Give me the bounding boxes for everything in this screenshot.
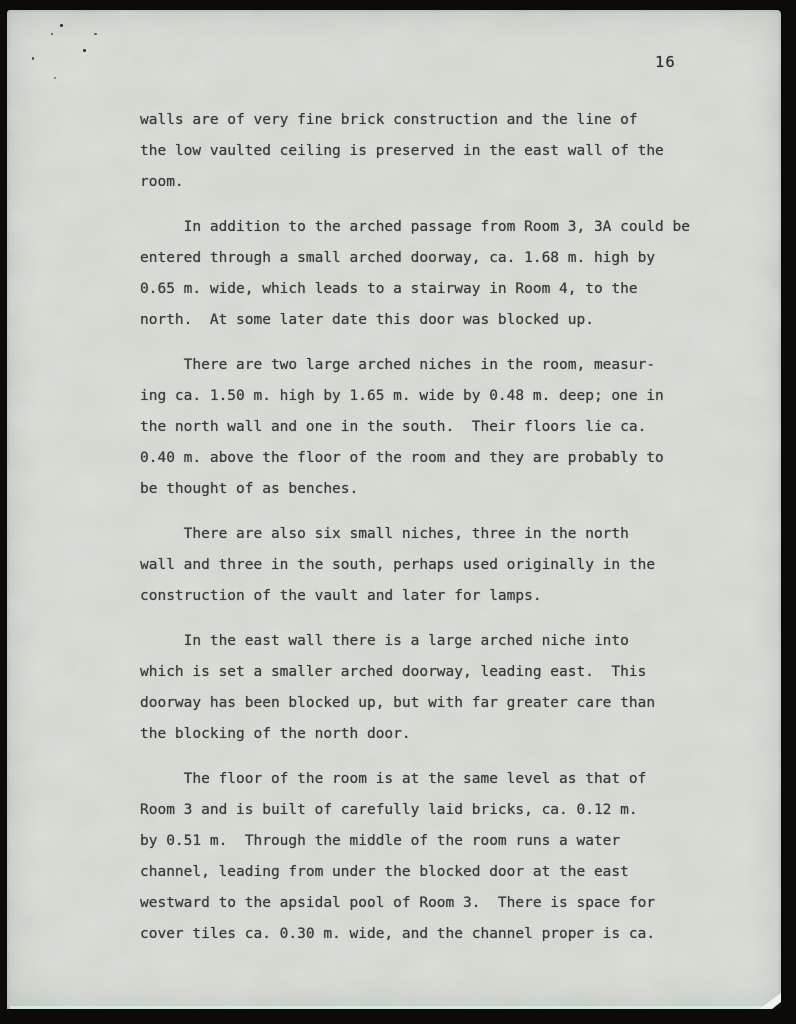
ink-speck: [83, 49, 86, 52]
document-page: 16 walls are of very fine brick construc…: [7, 10, 781, 1009]
ink-speck: [51, 33, 53, 35]
ink-speck: [32, 57, 34, 60]
page-number: 16: [655, 54, 676, 71]
paragraph: walls are of very fine brick constructio…: [140, 105, 690, 198]
paragraph: There are two large arched niches in the…: [140, 350, 690, 505]
paragraph: In addition to the arched passage from R…: [140, 212, 690, 336]
paragraph: There are also six small niches, three i…: [140, 519, 690, 612]
paragraph: In the east wall there is a large arched…: [140, 626, 690, 750]
ink-speck: [60, 24, 63, 27]
scanned-document-screen: { "page": { "number": "16" }, "colors": …: [0, 0, 796, 1024]
document-body: walls are of very fine brick constructio…: [140, 105, 690, 964]
ink-speck: [54, 77, 56, 79]
paragraph: The floor of the room is at the same lev…: [140, 764, 690, 950]
ink-speck: [94, 33, 97, 35]
paper-edge-highlight: [10, 1006, 779, 1009]
scanner-background: 16 walls are of very fine brick construc…: [0, 0, 796, 1024]
corner-fold: [755, 991, 781, 1009]
